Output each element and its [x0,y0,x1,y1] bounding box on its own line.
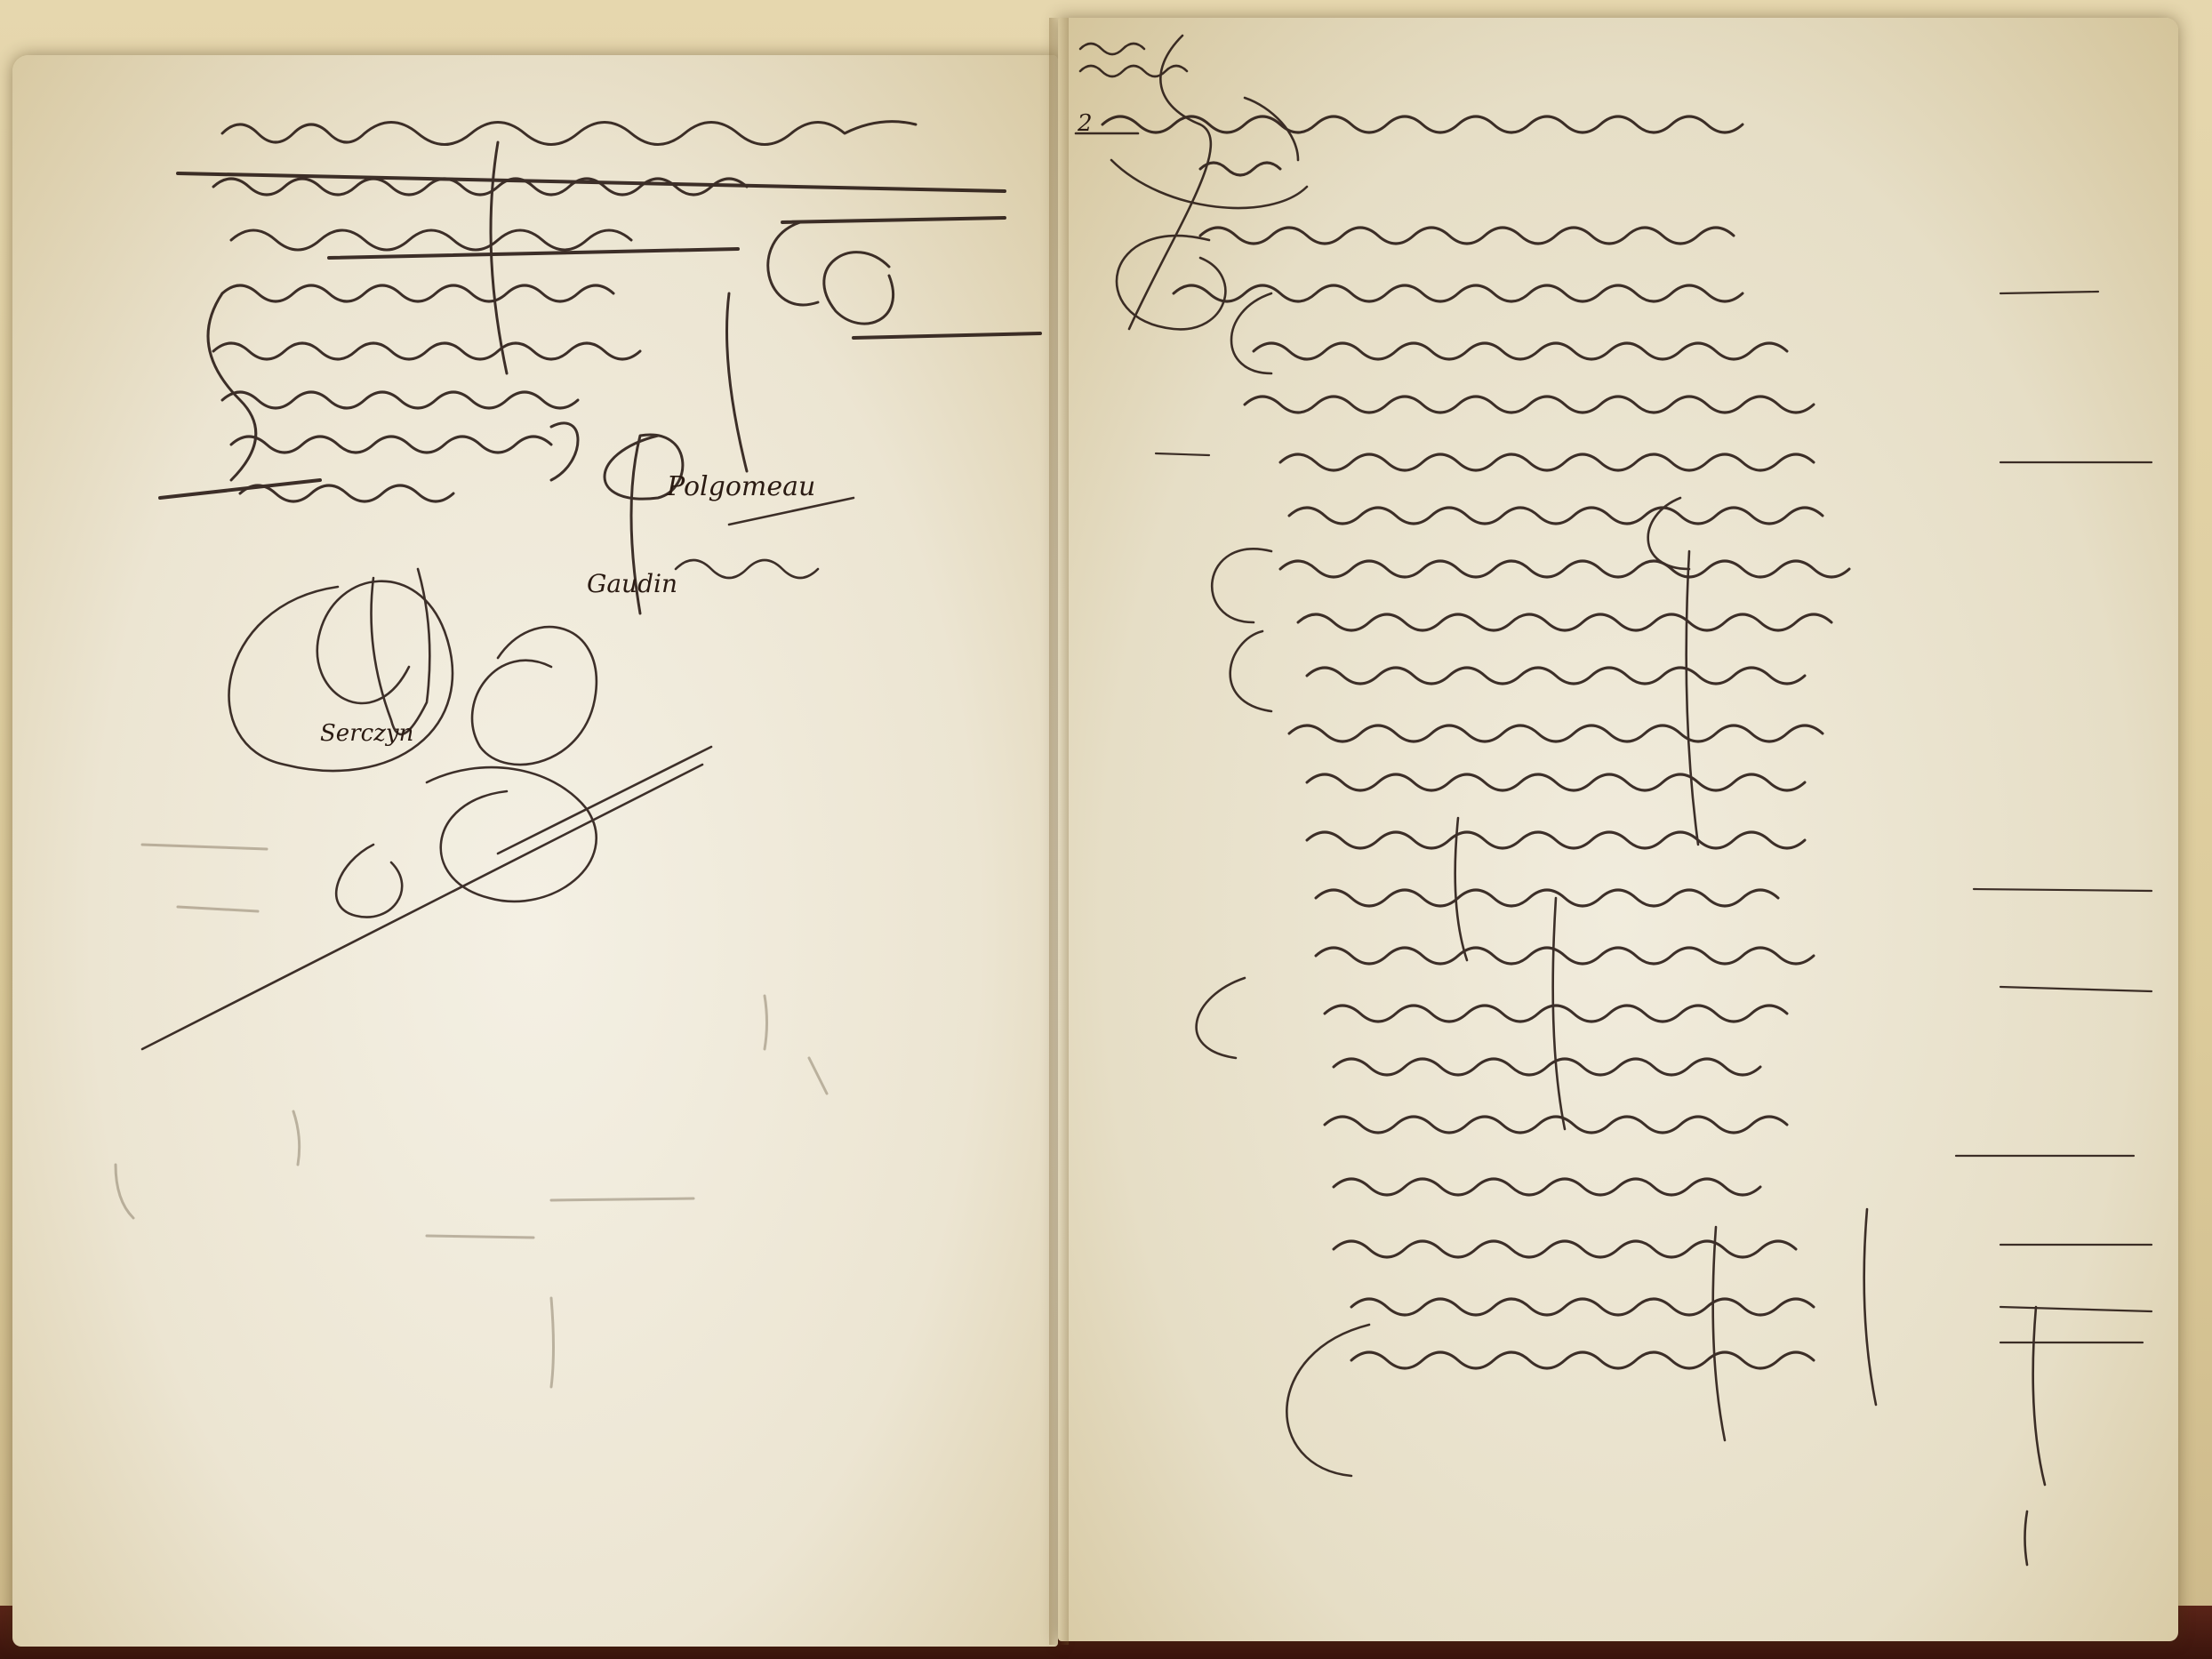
signature-serczyn: Serczyn [320,720,413,747]
line-marker: 2 [1078,110,1093,137]
signature-gaudin: Gaudin [587,569,677,598]
handwriting-strokes [0,0,2212,1659]
signature-polgomeau: Polgomeau [667,471,815,502]
